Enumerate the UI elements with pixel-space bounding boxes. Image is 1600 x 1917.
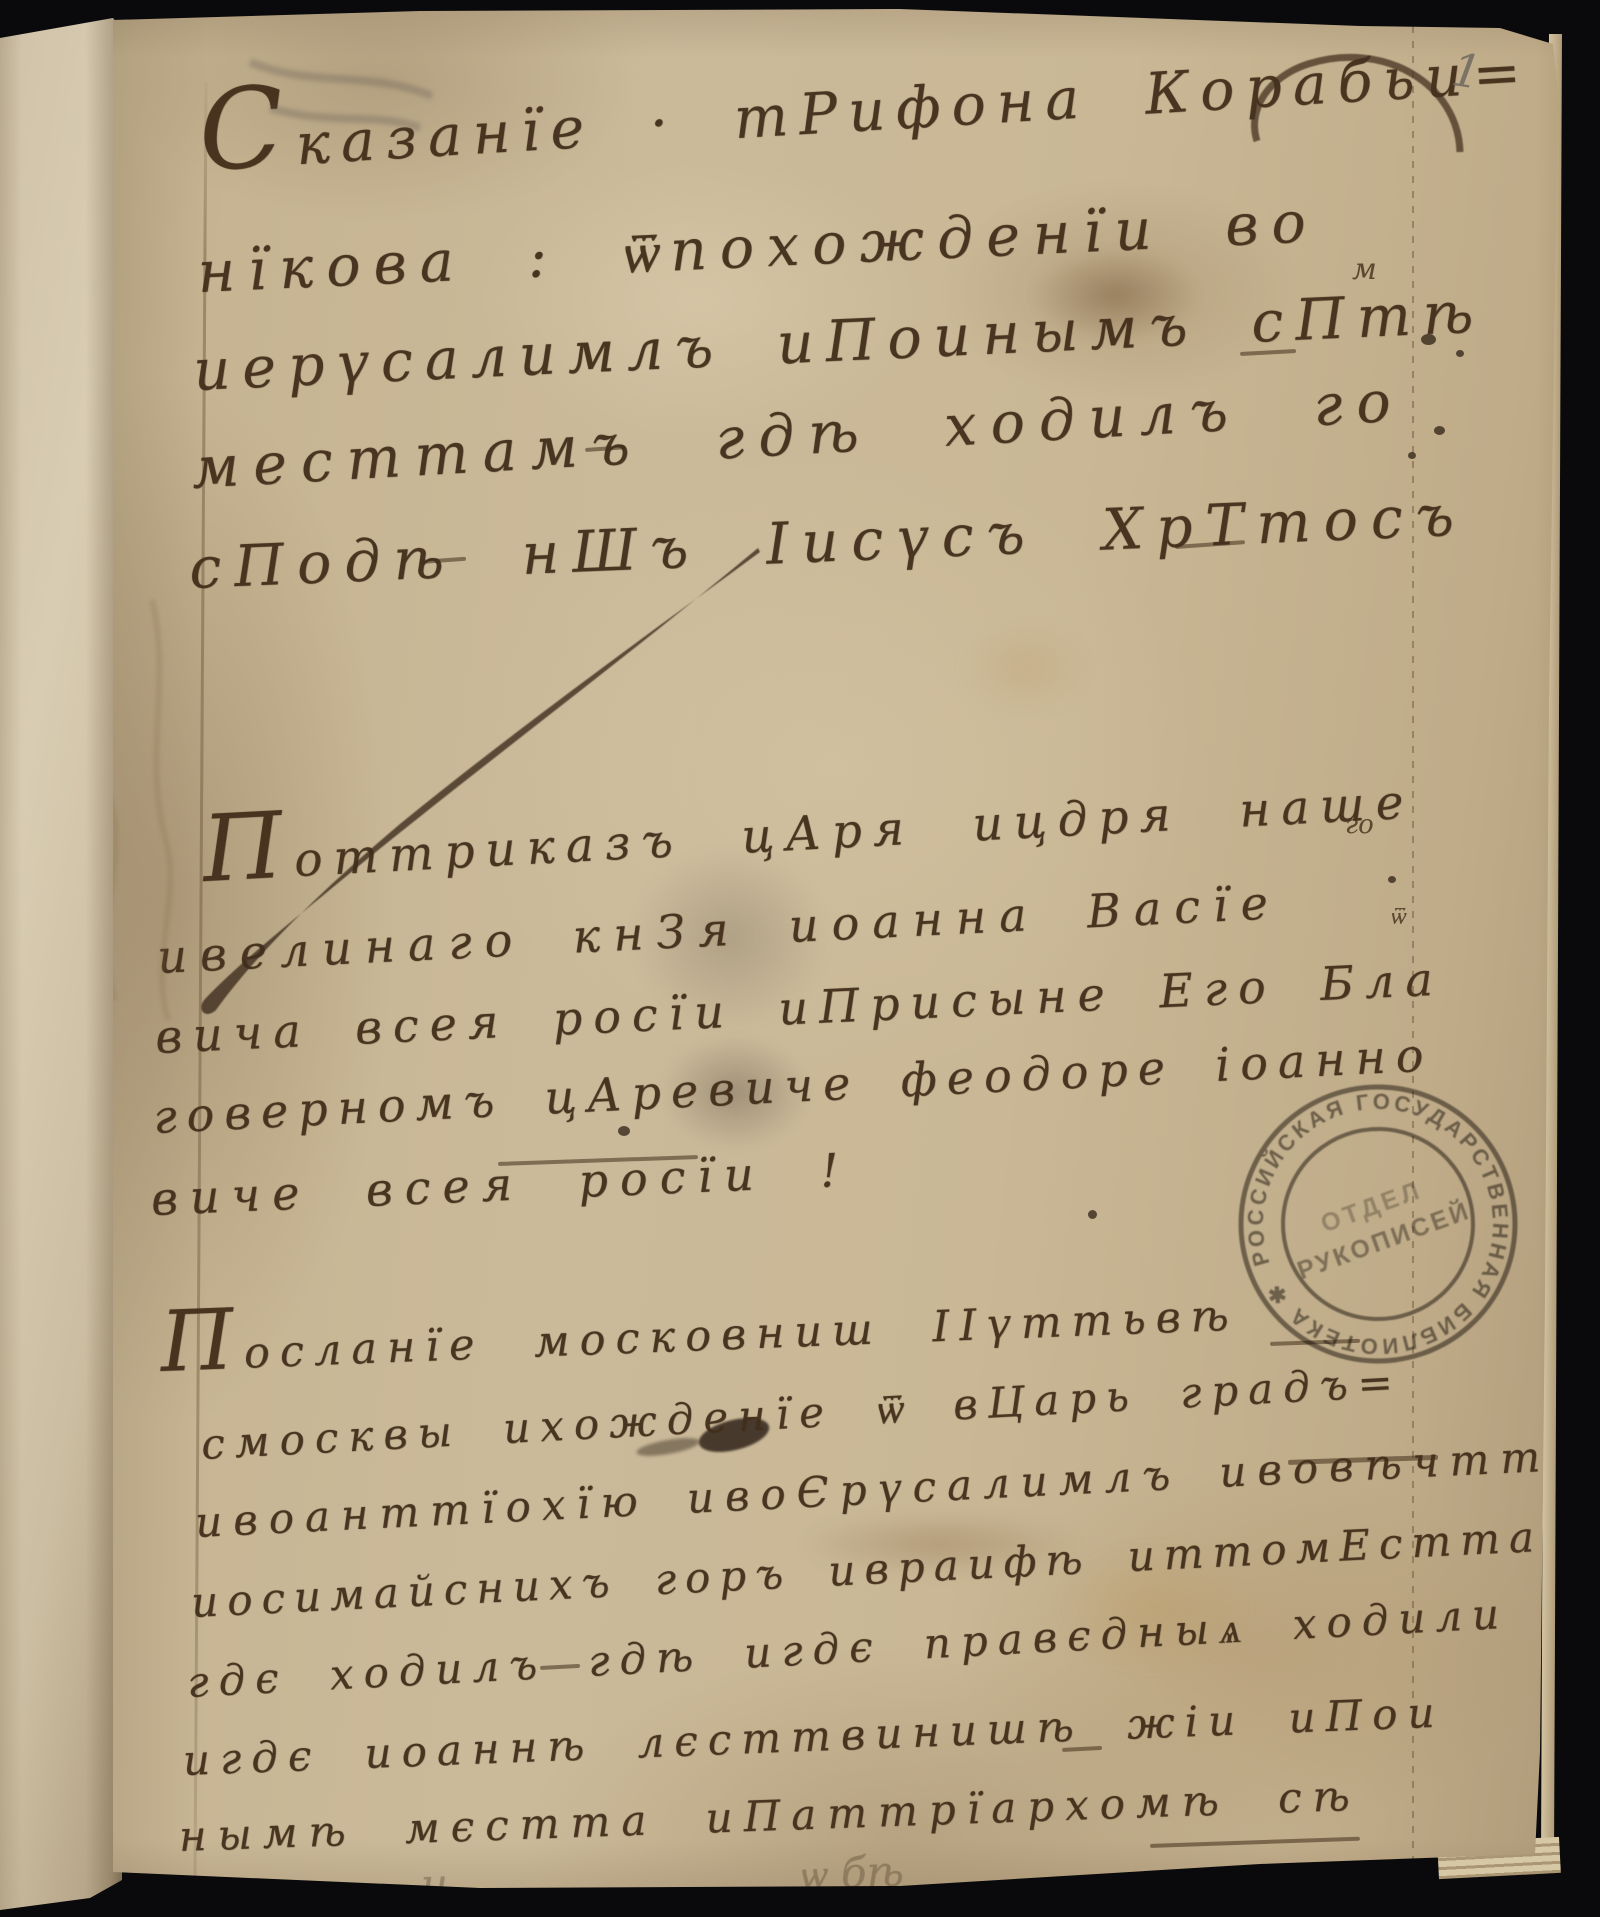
title-line-1-text: казанїе · тРифона Корабьи= <box>294 39 1534 178</box>
underline-bottom <box>1150 1837 1360 1848</box>
block2-initial: П <box>200 791 296 903</box>
superscript-ot: ѿ <box>1390 902 1405 931</box>
block3-line-1-text: осланїе московниш ІІүттьвѣ <box>243 1291 1239 1379</box>
stamp-ring-text: РОССИЙСКАЯ ГОСУДАРСТВЕННАЯ БИБЛИОТЕКА ✱ <box>1205 1051 1552 1398</box>
ink-speck <box>1456 350 1464 357</box>
block3-line-7: нымѣ мєстта иПаттрїархомѣ сѣ <box>178 1771 1361 1861</box>
block3-line-1: Посланїе московниш ІІүттьвѣ <box>160 1291 1240 1382</box>
titlo-mark <box>1062 1746 1102 1752</box>
ink-speck <box>1408 452 1416 459</box>
stain-yellow-mid <box>960 620 1090 715</box>
superscript-go: го <box>1345 810 1374 840</box>
manuscript-page: РОССИЙСКАЯ ГОСУДАРСТВЕННАЯ БИБЛИОТЕКА ✱ … <box>0 0 1600 1917</box>
block3-initial: П <box>159 1290 246 1391</box>
ink-speck <box>1388 876 1396 883</box>
title-initial: С <box>195 62 299 196</box>
block2-line-5: виче всея росїи ! <box>150 1143 852 1226</box>
superscript-m: м <box>1352 252 1377 287</box>
ink-speck <box>1434 426 1445 435</box>
title-line-1: Сказанїе · тРифона Корабьи= <box>198 39 1533 184</box>
block2-line-1: Поттриказъ цАря ицдря наше <box>202 775 1416 893</box>
photo-backdrop: РОССИЙСКАЯ ГОСУДАРСТВЕННАЯ БИБЛИОТЕКА ✱ … <box>0 0 1600 1917</box>
flyleaf-page-edge <box>0 0 122 1917</box>
ink-speck <box>1088 1210 1097 1219</box>
library-stamp: РОССИЙСКАЯ ГОСУДАРСТВЕННАЯ БИБЛИОТЕКА ✱ … <box>1191 1037 1565 1411</box>
block3-line-6: игдє иоаннѣ лєсттвинишѣ жіи иПои <box>182 1688 1445 1785</box>
block2-line-1-text: оттриказъ цАря ицдря наше <box>293 775 1416 889</box>
ink-speck <box>618 1126 630 1136</box>
title-line-2: нїкова : ѿпохожденїи во <box>196 189 1320 306</box>
title-line-5: сПодѣ нШъ Іисүсъ ХрТтосъ <box>188 482 1468 601</box>
cutoff-fragment-1: и <box>420 1859 449 1909</box>
cutoff-fragment-2: ѡ бѣ <box>800 1846 904 1900</box>
